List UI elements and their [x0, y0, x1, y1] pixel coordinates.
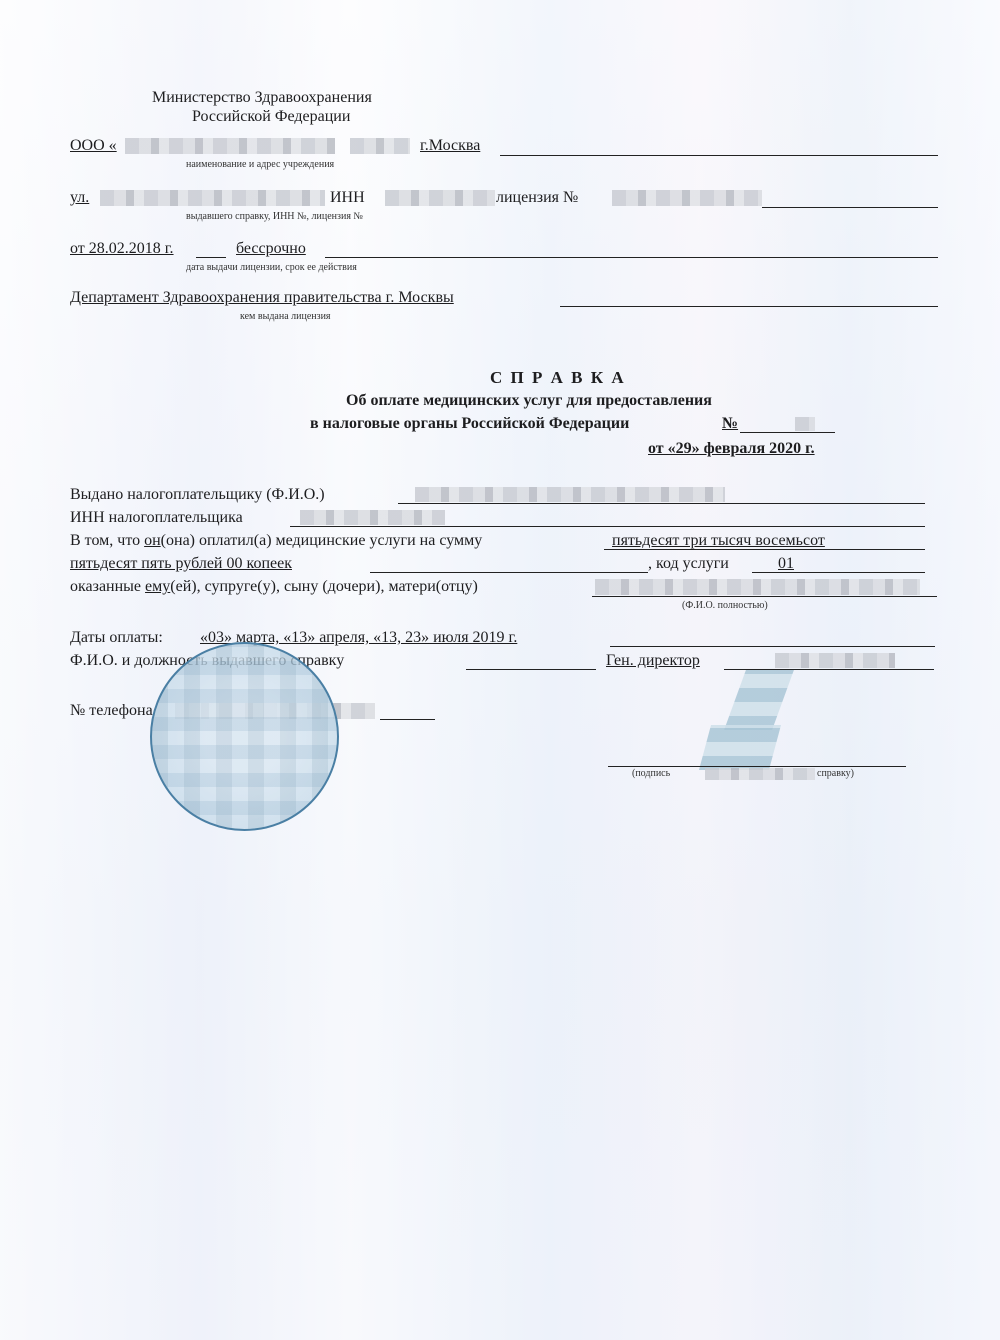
document-date: от «29» февраля 2020 г.	[648, 440, 815, 458]
license-term: бессрочно	[236, 240, 306, 258]
address-caption: выдавшего справку, ИНН №, лицензия №	[186, 211, 363, 223]
company-seal-stamp	[150, 642, 339, 831]
payment-prefix: В том, что	[70, 532, 144, 549]
org-prefix: ООО «	[70, 137, 117, 155]
address-redacted	[100, 190, 325, 206]
number-redacted	[795, 417, 815, 431]
provided-rest: (ей), супруге(у), сыну (дочери), матери(…	[170, 578, 478, 595]
org-caption: наименование и адрес учреждения	[186, 159, 334, 171]
taxpayer-inn-fill-line	[290, 526, 925, 527]
subtitle-line-1: Об оплате медицинских услуг для предоста…	[346, 392, 712, 410]
patient-name-redacted	[595, 579, 920, 595]
license-caption: дата выдачи лицензии, срок ее действия	[186, 262, 357, 274]
license-label: лицензия №	[496, 189, 578, 207]
payment-dates-fill-line	[610, 646, 935, 647]
taxpayer-fill-line	[398, 503, 925, 504]
org-city: г.Москва	[420, 137, 480, 155]
license-date: от 28.02.2018 г.	[70, 240, 174, 258]
amount-line-2: пятьдесят пять рублей 00 копеек	[70, 555, 292, 573]
license-redacted	[612, 190, 762, 206]
issuer-fill-line	[560, 306, 938, 307]
signature-line	[608, 766, 906, 767]
signature-caption-right: справку)	[817, 768, 854, 780]
phone-label: № телефона	[70, 702, 153, 720]
patient-fill-line	[592, 596, 937, 597]
signature-mark-lower	[699, 725, 781, 770]
signer-fill-line	[466, 669, 596, 670]
address-fill-line	[762, 207, 938, 208]
payment-rest: (она) оплатил(а) медицинские услуги на с…	[161, 532, 483, 549]
org-name-redacted	[125, 138, 335, 154]
taxpayer-inn-redacted	[300, 510, 445, 525]
org-fill-line	[500, 155, 938, 156]
provided-prefix: оказанные	[70, 578, 145, 595]
license-issuer: Департамент Здравоохранения правительств…	[70, 289, 454, 307]
patient-caption: (Ф.И.О. полностью)	[682, 600, 768, 612]
taxpayer-label: Выдано налогоплательщику (Ф.И.О.)	[70, 486, 325, 504]
amount-fill-line-1	[604, 549, 925, 550]
signer-position: Ген. директор	[606, 652, 700, 670]
ministry-line-1: Министерство Здравоохранения	[152, 89, 372, 107]
signature-mark	[724, 670, 794, 730]
payment-statement: В том, что он(она) оплатил(а) медицински…	[70, 532, 482, 550]
amount-fill-line-2	[370, 572, 648, 573]
payment-dates-label: Даты оплаты:	[70, 629, 163, 647]
license-gap-line	[196, 257, 226, 258]
taxpayer-inn-label: ИНН налогоплательщика	[70, 509, 243, 527]
signature-caption-left: (подпись	[632, 768, 670, 780]
signer-name-redacted	[775, 653, 895, 668]
provided-pronoun: ему	[145, 578, 170, 595]
subtitle-line-2: в налоговые органы Российской Федерации	[310, 415, 629, 433]
document-title: С П Р А В К А	[490, 369, 626, 387]
license-fill-line	[325, 257, 938, 258]
inn-label: ИНН	[330, 189, 365, 207]
service-code: 01	[778, 555, 794, 573]
org-name-redacted-2	[350, 138, 410, 154]
taxpayer-name-redacted	[415, 487, 725, 502]
number-fill-line	[740, 432, 835, 433]
number-label: №	[722, 415, 738, 433]
amount-line-1: пятьдесят три тысяч восемьсот	[612, 532, 825, 550]
address-prefix: ул.	[70, 189, 89, 207]
ministry-line-2: Российской Федерации	[192, 108, 350, 126]
signature-caption-redacted	[705, 768, 815, 780]
service-code-label: , код услуги	[648, 555, 729, 573]
payment-pronoun: он	[144, 532, 161, 549]
inn-redacted	[385, 190, 495, 206]
issuer-caption: кем выдана лицензия	[240, 311, 331, 323]
phone-fill-line	[380, 719, 435, 720]
provided-to-statement: оказанные ему(ей), супруге(у), сыну (доч…	[70, 578, 478, 596]
